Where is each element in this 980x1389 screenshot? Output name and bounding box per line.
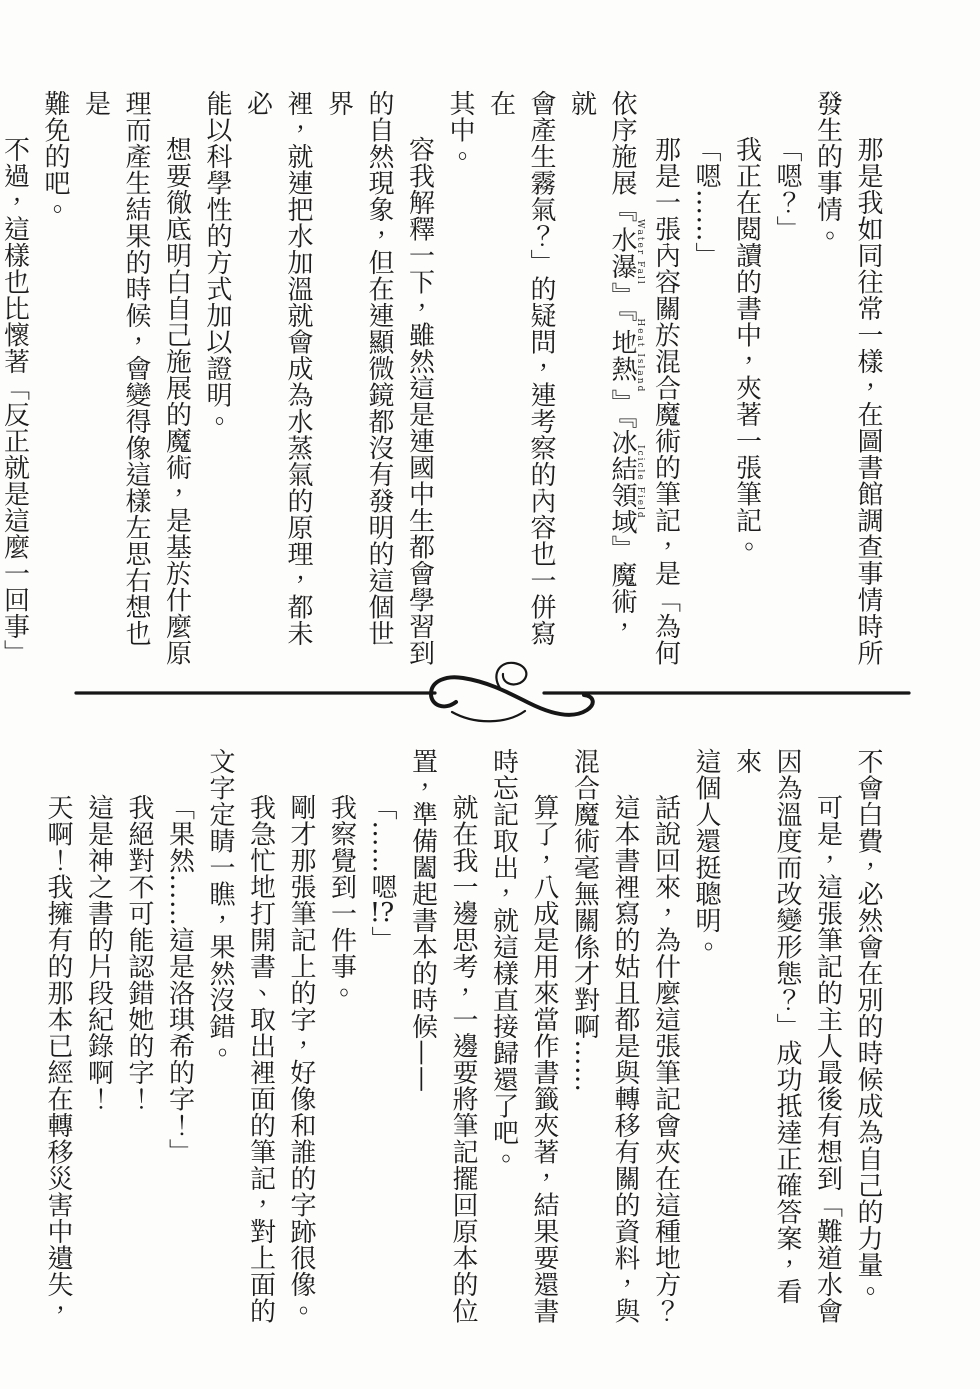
text-column: 裡，就連把水加溫就會成為水蒸氣的原理，都未必 — [237, 90, 318, 666]
novel-page: 那是我如同往常一樣，在圖書館調查事情時所發生的事情。「嗯？」我正在閱讀的書中，夾… — [0, 0, 980, 1389]
text-column: 文字定睛一瞧，果然沒錯。 — [200, 748, 241, 1328]
text-column: 算了，八成是用來當作書籤夾著，結果要還書 — [524, 748, 565, 1328]
text-column: 的自然現象，但在連顯微鏡都沒有發明的這個世界 — [318, 90, 399, 666]
text-column: 可是，這張筆記的主人最後有想到「難道水會 — [807, 748, 848, 1328]
text-column: 發生的事情。 — [807, 90, 848, 666]
calligraphy-flourish-icon — [72, 650, 912, 742]
ruby-annotation: Icicle Field — [635, 429, 645, 535]
text-column: 不會白費，必然會在別的時候成為自己的力量。 — [848, 748, 889, 1328]
magic-name-with-ruby: 冰結領域Icicle Field — [607, 429, 637, 535]
magic-name-with-ruby: 水瀑Water Fall — [607, 223, 637, 283]
text-column: 不過，這樣也比懷著「反正就是這麼一回事」 — [0, 90, 35, 666]
text-column: 這是神之書的片段紀錄啊！ — [78, 748, 119, 1328]
magic-name-with-ruby: 地熱Heat Island — [607, 322, 637, 389]
text-column: 這個人還挺聰明。 — [686, 748, 727, 1328]
text-column: 混合魔術毫無關係才對啊…… — [564, 748, 605, 1328]
text-column: 時忘記取出，就這樣直接歸還了吧。 — [483, 748, 524, 1328]
text-column: 話說回來，為什麼這張筆記會夾在這種地方？ — [645, 748, 686, 1328]
text-column: 「嗯？」 — [767, 90, 808, 666]
text-column: 理而產生結果的時候，會變得像這樣左思右想也是 — [75, 90, 156, 666]
text-column: 依序施展『水瀑Water Fall』『地熱Heat Island』『冰結領域Ic… — [561, 90, 645, 666]
text-column: 我絕對不可能認錯她的字！ — [119, 748, 160, 1328]
text-column: 就在我一邊思考，一邊要將筆記擺回原本的位 — [443, 748, 484, 1328]
text-column: 容我解釋一下，雖然這是連國中生都會學習到 — [399, 90, 440, 666]
text-column: 「果然……這是洛琪希的字！」 — [159, 748, 200, 1328]
text-column: 這本書裡寫的姑且都是與轉移有關的資料，與 — [605, 748, 646, 1328]
combined-punctuation: !? — [367, 900, 397, 926]
text-column: 其中。 — [440, 90, 481, 666]
section-divider — [72, 650, 912, 742]
text-column: 「……嗯!?」 — [362, 748, 403, 1328]
bottom-text-block: 不會白費，必然會在別的時候成為自己的力量。可是，這張筆記的主人最後有想到「難道水… — [38, 748, 889, 1328]
ruby-annotation: Heat Island — [635, 318, 645, 393]
text-column: 想要徹底明白自己施展的魔術，是基於什麼原 — [156, 90, 197, 666]
text-column: 我察覺到一件事。 — [321, 748, 362, 1328]
text-column: 因為溫度而改變形態？」成功抵達正確答案，看來 — [726, 748, 807, 1328]
text-column: 那是一張內容關於混合魔術的筆記，是「為何 — [645, 90, 686, 666]
text-column: 我正在閱讀的書中，夾著一張筆記。 — [726, 90, 767, 666]
text-column: 置，準備闔起書本的時候—— — [402, 748, 443, 1328]
text-column: 那是我如同往常一樣，在圖書館調查事情時所 — [848, 90, 889, 666]
text-column: 我急忙地打開書、取出裡面的筆記，對上面的 — [240, 748, 281, 1328]
text-column: 能以科學性的方式加以證明。 — [197, 90, 238, 666]
text-column: 剛才那張筆記上的字，好像和誰的字跡很像。 — [281, 748, 322, 1328]
ruby-annotation: Water Fall — [635, 219, 645, 286]
text-column: 難免的吧。 — [35, 90, 76, 666]
text-column: 「嗯……」 — [686, 90, 727, 666]
top-text-block: 那是我如同往常一樣，在圖書館調查事情時所發生的事情。「嗯？」我正在閱讀的書中，夾… — [0, 90, 888, 666]
text-column: 天啊！我擁有的那本已經在轉移災害中遺失， — [38, 748, 79, 1328]
text-column: 會產生霧氣？」的疑問，連考察的內容也一併寫在 — [480, 90, 561, 666]
